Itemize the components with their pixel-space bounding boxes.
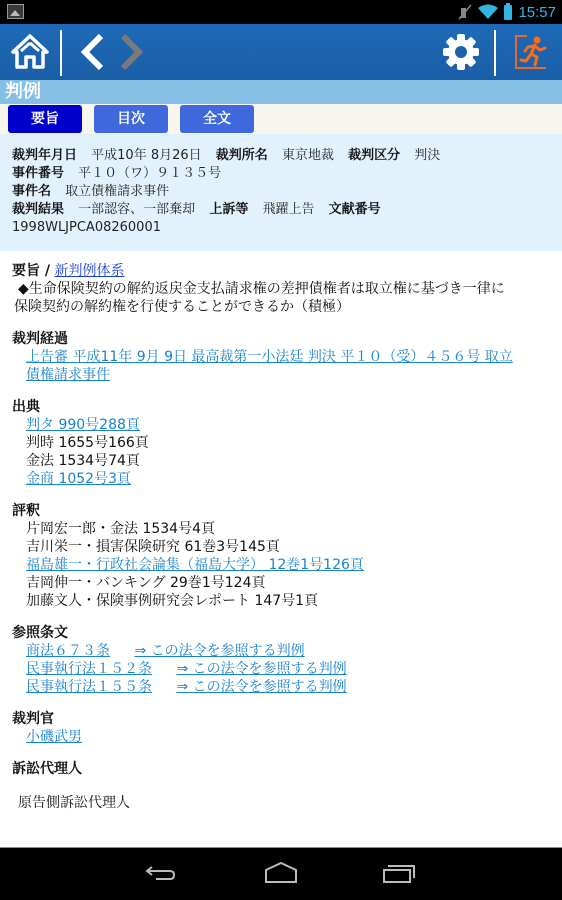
back-button[interactable] (72, 24, 112, 80)
exit-button[interactable] (506, 24, 556, 80)
chevron-left-icon (77, 32, 107, 72)
commentary-link[interactable]: 福島雄一・行政社会論集（福島大学） 12巻1号126頁 (26, 556, 562, 574)
commentary-item: 吉川栄一・損害保険研究 61巻3号145頁 (26, 538, 562, 556)
statute-row: 商法６７３条 ⇒ この法令を参照する判例 (26, 642, 562, 660)
case-name-label: 事件名 (12, 184, 51, 199)
mute-icon (458, 4, 472, 20)
type-value: 判決 (414, 148, 440, 163)
statute-link[interactable]: 民事執行法１５５条 (26, 679, 152, 695)
commentary-item: 片岡宏一郎・金法 1534号4頁 (26, 520, 562, 538)
info-row: 裁判年月日 平成10年 8月26日 裁判所名 東京地裁 裁判区分 判決 (12, 147, 562, 165)
case-info-box: 裁判年月日 平成10年 8月26日 裁判所名 東京地裁 裁判区分 判決 事件番号… (0, 134, 562, 251)
source-link[interactable]: 金商 1052号3頁 (26, 470, 562, 488)
image-notification-icon (7, 4, 24, 19)
court-value: 東京地裁 (282, 148, 334, 163)
type-label: 裁判区分 (348, 148, 400, 163)
battery-charging-icon (504, 5, 512, 20)
appeal-value: 飛躍上告 (262, 202, 314, 217)
chevron-right-icon (117, 32, 147, 72)
back-icon (144, 863, 178, 883)
info-row: 事件名 取立債権請求事件 (12, 183, 562, 201)
home-button[interactable] (6, 24, 54, 80)
settings-button[interactable] (438, 24, 484, 80)
judges-section: 裁判官 小磯武男 (0, 710, 562, 746)
sources-title: 出典 (12, 398, 562, 416)
wifi-icon (478, 4, 498, 20)
exit-running-man-icon (513, 34, 549, 70)
date-value: 平成10年 8月26日 (91, 148, 202, 163)
doc-number-value: 1998WLJPCA08260001 (12, 220, 161, 235)
status-bar: 15:57 (0, 0, 562, 24)
judge-link[interactable]: 小磯武男 (26, 728, 562, 746)
case-number-label: 事件番号 (12, 166, 64, 181)
system-nav-bar (0, 847, 562, 900)
toolbar-divider (60, 30, 62, 76)
summary-title: 要旨 / (12, 263, 50, 279)
history-section: 裁判経過 上告審 平成11年 9月 9日 最高裁第一小法廷 判決 平１０（受）４… (0, 330, 562, 384)
home-outline-icon (264, 862, 298, 884)
result-value: 一部認容、一部棄却 (78, 202, 195, 217)
summary-text: ◆生命保険契約の解約返戻金支払請求権の差押債権者は取立権に基づき一律に (12, 280, 562, 298)
court-label: 裁判所名 (216, 148, 268, 163)
forward-button[interactable] (112, 24, 152, 80)
new-case-system-link[interactable]: 新判例体系 (54, 263, 124, 279)
app-toolbar (0, 24, 562, 80)
tab-fulltext[interactable]: 全文 (180, 105, 254, 133)
appeal-case-link-cont[interactable]: 債権請求事件 (26, 366, 562, 384)
doc-number-label: 文献番号 (329, 202, 381, 217)
source-item: 判時 1655号166頁 (26, 434, 562, 452)
statutes-title: 参照条文 (12, 624, 562, 642)
history-title: 裁判経過 (12, 330, 562, 348)
judges-title: 裁判官 (12, 710, 562, 728)
toolbar-divider (494, 30, 496, 76)
page-title-bar: 判例 (0, 80, 562, 104)
commentary-section: 評釈 片岡宏一郎・金法 1534号4頁 吉川栄一・損害保険研究 61巻3号145… (0, 502, 562, 610)
info-row: 裁判結果 一部認容、一部棄却 上訴等 飛躍上告 文献番号 (12, 201, 562, 219)
case-number-value: 平１０（ワ）９１３５号 (78, 166, 221, 181)
summary-text: 保険契約の解約権を行使することができるか（積極） (12, 298, 562, 316)
commentary-title: 評釈 (12, 502, 562, 520)
commentary-item: 加藤文人・保険事例研究会レポート 147号1頁 (26, 592, 562, 610)
clock: 15:57 (518, 4, 556, 21)
info-row: 事件番号 平１０（ワ）９１３５号 (12, 165, 562, 183)
plaintiff-attorneys-label: 原告側訴訟代理人 (12, 794, 562, 812)
summary-section: 要旨 / 新判例体系 ◆生命保険契約の解約返戻金支払請求権の差押債権者は取立権に… (0, 262, 562, 316)
tab-summary[interactable]: 要旨 (8, 105, 82, 133)
cases-citing-statute-link[interactable]: ⇒ この法令を参照する判例 (176, 661, 346, 677)
statute-link[interactable]: 民事執行法１５２条 (26, 661, 152, 677)
cases-citing-statute-link[interactable]: ⇒ この法令を参照する判例 (134, 643, 304, 659)
appeal-case-link[interactable]: 上告審 平成11年 9月 9日 最高裁第一小法廷 判決 平１０（受）４５６号 取… (26, 348, 562, 366)
tab-bar: 要旨 目次 全文 (0, 104, 562, 134)
statute-row: 民事執行法１５２条 ⇒ この法令を参照する判例 (26, 660, 562, 678)
date-label: 裁判年月日 (12, 148, 77, 163)
gear-icon (442, 33, 480, 71)
statutes-section: 参照条文 商法６７３条 ⇒ この法令を参照する判例 民事執行法１５２条 ⇒ この… (0, 624, 562, 696)
system-home-button[interactable] (261, 860, 301, 886)
attorneys-section: 訴訟代理人 原告側訴訟代理人 (0, 760, 562, 812)
info-row: 1998WLJPCA08260001 (12, 219, 562, 237)
tab-contents[interactable]: 目次 (94, 105, 168, 133)
result-label: 裁判結果 (12, 202, 64, 217)
source-link[interactable]: 判タ 990号288頁 (26, 416, 562, 434)
system-recents-button[interactable] (379, 860, 419, 886)
home-icon (10, 32, 50, 72)
appeal-label: 上訴等 (209, 202, 248, 217)
statute-row: 民事執行法１５５条 ⇒ この法令を参照する判例 (26, 678, 562, 696)
recent-apps-icon (382, 862, 416, 884)
system-back-button[interactable] (141, 860, 181, 886)
case-content: 要旨 / 新判例体系 ◆生命保険契約の解約返戻金支払請求権の差押債権者は取立権に… (0, 262, 562, 826)
page-title: 判例 (5, 80, 41, 104)
cases-citing-statute-link[interactable]: ⇒ この法令を参照する判例 (176, 679, 346, 695)
statute-link[interactable]: 商法６７３条 (26, 643, 110, 659)
attorneys-title: 訴訟代理人 (12, 760, 562, 778)
case-name-value: 取立債権請求事件 (65, 184, 169, 199)
source-item: 金法 1534号74頁 (26, 452, 562, 470)
status-icons: 15:57 (458, 0, 556, 24)
commentary-item: 吉岡伸一・バンキング 29巻1号124頁 (26, 574, 562, 592)
sources-section: 出典 判タ 990号288頁 判時 1655号166頁 金法 1534号74頁 … (0, 398, 562, 488)
